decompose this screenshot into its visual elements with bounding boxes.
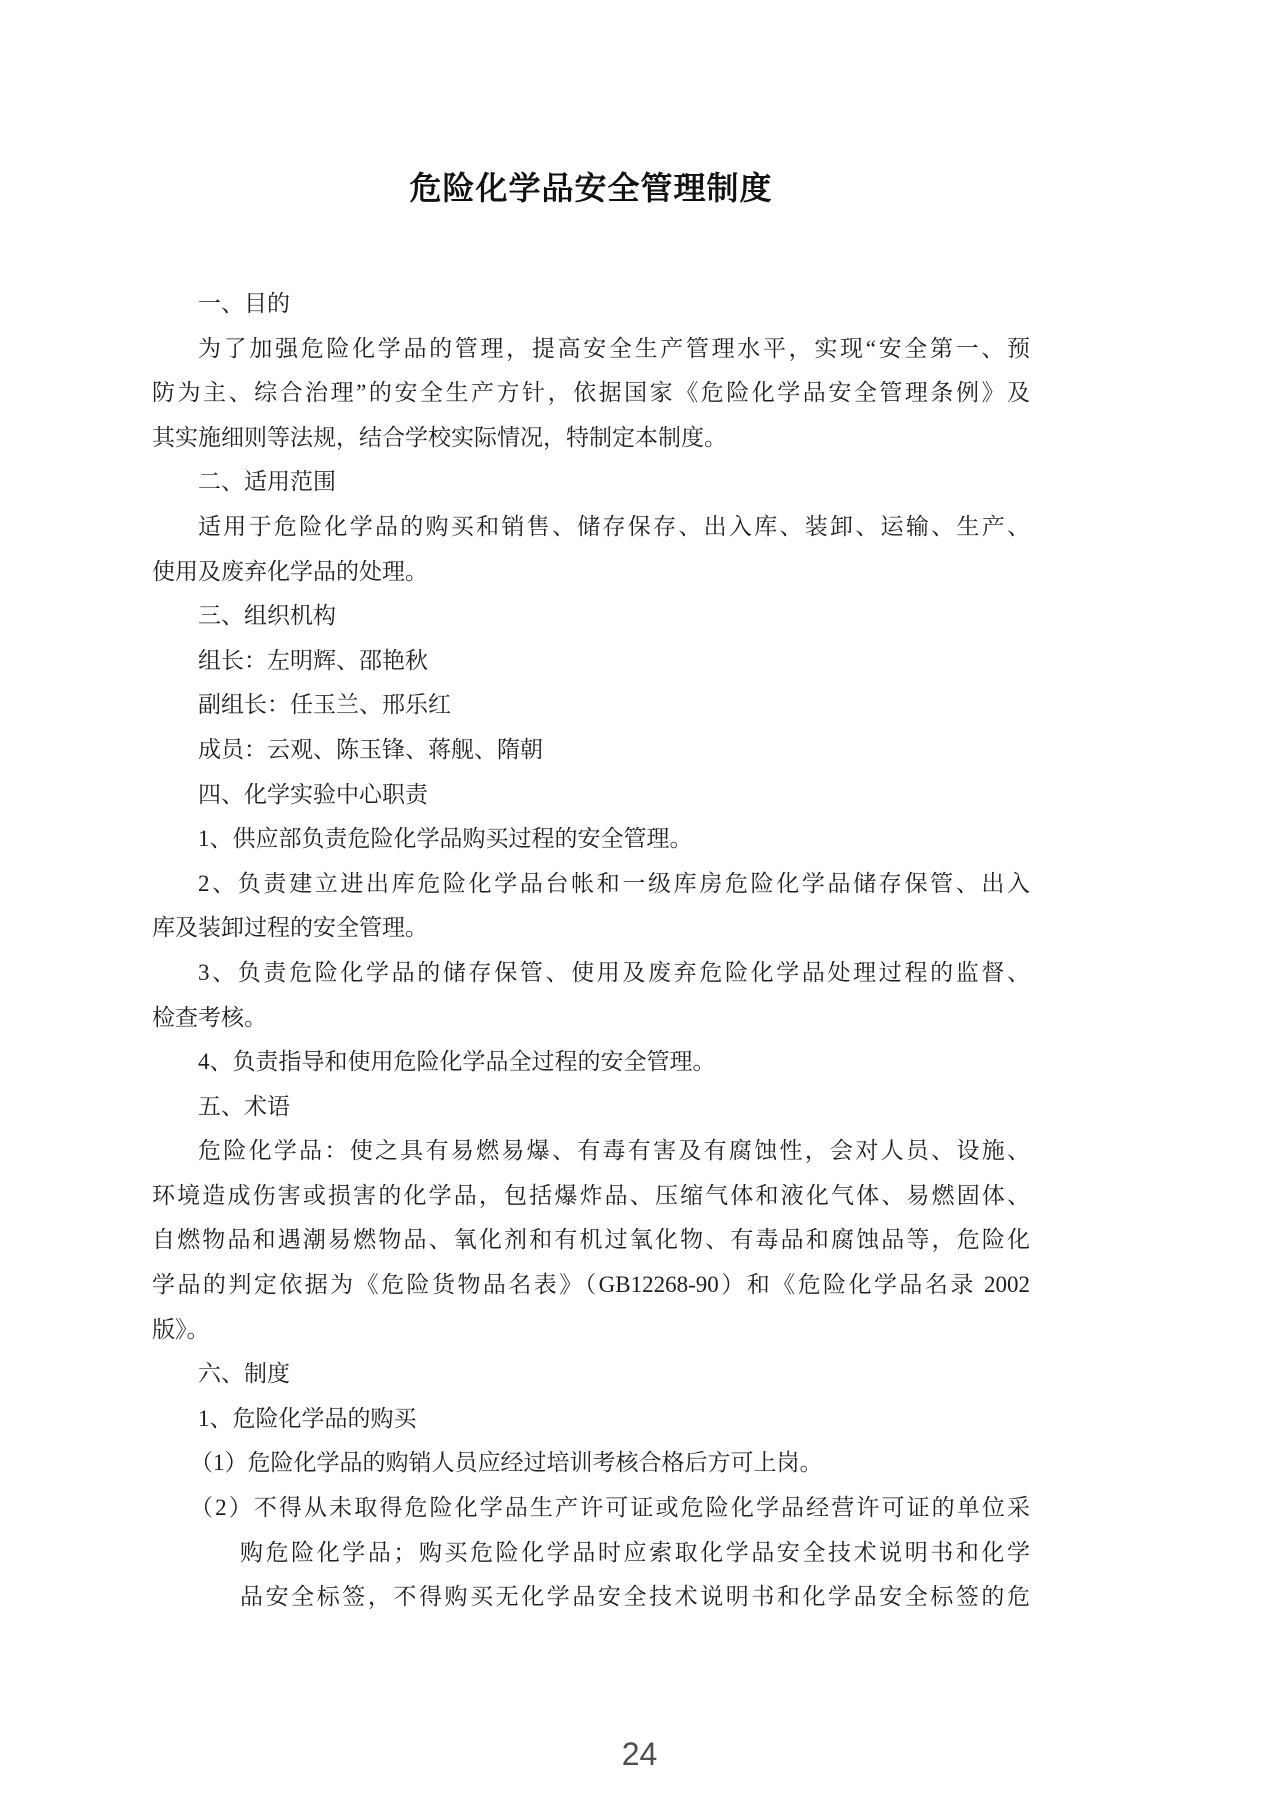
document-page: 危险化学品安全管理制度 一、目的 为了加强危险化学品的管理，提高安全生产管理水平…: [0, 0, 1279, 1809]
doc-line: 检查考核。: [152, 996, 1030, 1041]
doc-line: 使用及废弃化学品的处理。: [152, 550, 1030, 595]
doc-line: 4、负责指导和使用危险化学品全过程的安全管理。: [152, 1040, 1030, 1085]
doc-line: 危险化学品：使之具有易燃易爆、有毒有害及有腐蚀性，会对人员、设施、: [152, 1129, 1030, 1174]
section-heading-organization: 三、组织机构: [152, 594, 1030, 639]
doc-line: 防为主、综合治理”的安全生产方针，依据国家《危险化学品安全管理条例》及: [152, 371, 1030, 416]
doc-line: 库及装卸过程的安全管理。: [152, 906, 1030, 951]
doc-line: 3、负责危险化学品的储存保管、使用及废弃危险化学品处理过程的监督、: [152, 951, 1030, 996]
doc-line-members: 成员：云观、陈玉锋、蒋舰、隋朝: [152, 728, 1030, 773]
doc-line: 环境造成伤害或损害的化学品，包括爆炸品、压缩气体和液化气体、易燃固体、: [152, 1174, 1030, 1219]
doc-line: 为了加强危险化学品的管理，提高安全生产管理水平，实现“安全第一、预: [152, 327, 1030, 372]
doc-line: （1）危险化学品的购销人员应经过培训考核合格后方可上岗。: [152, 1441, 1030, 1486]
doc-line: 自燃物品和遇潮易燃物品、氧化剂和有机过氧化物、有毒品和腐蚀品等，危险化: [152, 1218, 1030, 1263]
section-heading-rules: 六、制度: [152, 1352, 1030, 1397]
section-heading-responsibilities: 四、化学实验中心职责: [152, 773, 1030, 818]
doc-line: 品安全标签，不得购买无化学品安全技术说明书和化学品安全标签的危: [152, 1575, 1030, 1620]
section-heading-terms: 五、术语: [152, 1085, 1030, 1130]
page-number: 24: [0, 1736, 1279, 1773]
doc-line: 1、危险化学品的购买: [152, 1397, 1030, 1442]
document-title: 危险化学品安全管理制度: [152, 162, 1030, 214]
doc-line: 2、负责建立进出库危险化学品台帐和一级库房危险化学品储存保管、出入: [152, 862, 1030, 907]
doc-line: 1、供应部负责危险化学品购买过程的安全管理。: [152, 817, 1030, 862]
doc-line: 其实施细则等法规，结合学校实际情况，特制定本制度。: [152, 416, 1030, 461]
document-content: 危险化学品安全管理制度 一、目的 为了加强危险化学品的管理，提高安全生产管理水平…: [152, 0, 1030, 1620]
doc-line: （2）不得从未取得危险化学品生产许可证或危险化学品经营许可证的单位采: [152, 1486, 1030, 1531]
doc-line-group-leader: 组长：左明辉、邵艳秋: [152, 639, 1030, 684]
doc-line-deputy-leader: 副组长：任玉兰、邢乐红: [152, 683, 1030, 728]
section-heading-purpose: 一、目的: [152, 282, 1030, 327]
doc-line: 购危险化学品；购买危险化学品时应索取化学品安全技术说明书和化学: [152, 1531, 1030, 1576]
doc-line: 版》。: [152, 1308, 1030, 1353]
section-heading-scope: 二、适用范围: [152, 460, 1030, 505]
doc-line: 学品的判定依据为《危险货物品名表》（GB12268-90）和《危险化学品名录 2…: [152, 1263, 1030, 1308]
document-body: 一、目的 为了加强危险化学品的管理，提高安全生产管理水平，实现“安全第一、预 防…: [152, 282, 1030, 1620]
doc-line: 适用于危险化学品的购买和销售、储存保存、出入库、装卸、运输、生产、: [152, 505, 1030, 550]
